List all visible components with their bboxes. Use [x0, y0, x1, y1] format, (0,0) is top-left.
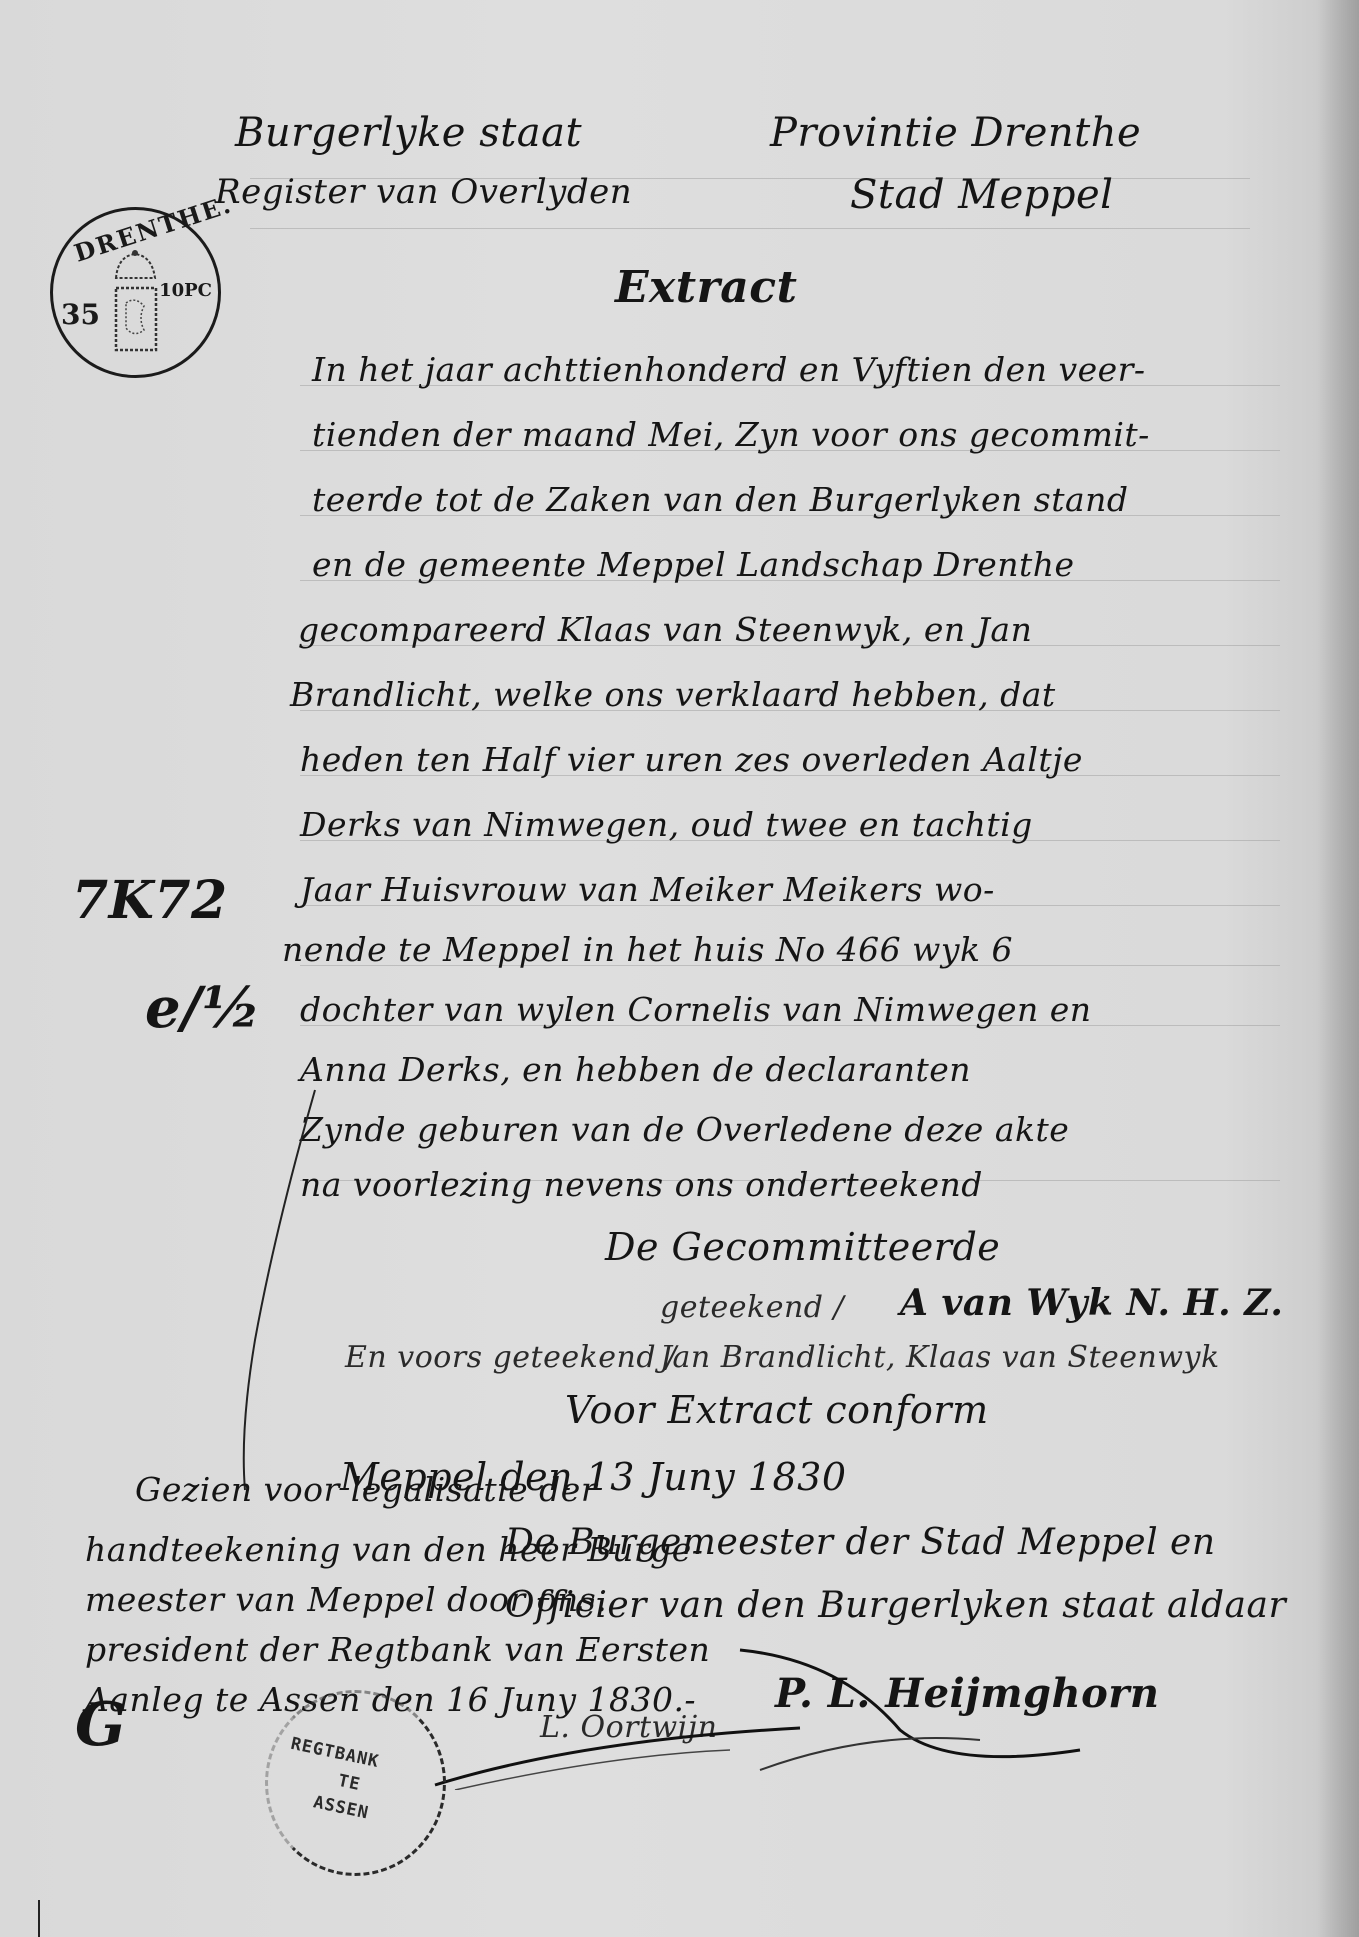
legalisation-line: handteekening van den heer Burge-	[85, 1530, 703, 1569]
revenue-stamp-drenthe: DRENTHE. 35 10PC	[50, 207, 221, 378]
header-provintie-drenthe: Provintie Drenthe	[770, 110, 1141, 156]
body-line: gecompareerd Klaas van Steenwyk, en Jan	[298, 610, 1032, 649]
legalisation-line: meester van Meppel door ons.	[85, 1580, 607, 1619]
document-title-extract: Extract	[615, 262, 797, 313]
signature-underline-icon	[430, 1720, 810, 1790]
document-page: Burgerlyke staat Register van Overlyden …	[0, 0, 1359, 1937]
rule-line	[250, 228, 1250, 229]
court-stamp-line3: ASSEN	[312, 1792, 371, 1823]
body-line: nende te Meppel in het huis No 466 wyk 6	[282, 930, 1013, 969]
body-line: teerde tot de Zaken van den Burgerlyken …	[312, 480, 1129, 519]
body-line: na voorlezing nevens ons onderteekend	[300, 1165, 983, 1204]
body-line: Derks van Nimwegen, oud twee en tachtig	[300, 805, 1033, 844]
mayor-title-line2: Officier van den Burgerlyken staat aldaa…	[505, 1585, 1286, 1626]
stamp-value: 10PC	[159, 280, 212, 301]
crown-crest-icon	[108, 248, 163, 358]
body-line: Anna Derks, en hebben de declaranten	[300, 1050, 971, 1089]
signed-prefix-1: geteekend /	[660, 1290, 844, 1325]
header-register-overlyden: Register van Overlyden	[215, 172, 632, 212]
body-line: tienden der maand Mei, Zyn voor ons geco…	[312, 415, 1150, 454]
header-stad-meppel: Stad Meppel	[850, 172, 1113, 218]
stamp-number: 35	[61, 298, 100, 331]
body-line: en de gemeente Meppel Landschap Drenthe	[312, 545, 1075, 584]
body-line: In het jaar achttienhonderd en Vyftien d…	[312, 350, 1146, 389]
bracket-flourish-icon	[215, 1080, 335, 1500]
declarant-signatures: Jan Brandlicht, Klaas van Steenwyk	[660, 1340, 1220, 1375]
margin-note-fee: e/½	[145, 975, 261, 1041]
legalisation-line: president der Regtbank van Eersten	[85, 1630, 710, 1669]
body-line: heden ten Half vier uren zes overleden A…	[300, 740, 1083, 779]
committee-label: De Gecommitteerde	[605, 1225, 1000, 1269]
court-stamp-line2: TE	[336, 1771, 362, 1795]
margin-note-number: 7K72	[72, 870, 228, 931]
body-line: Jaar Huisvrouw van Meiker Meikers wo-	[300, 870, 995, 909]
court-stamp-assen: REGTBANK TE ASSEN	[265, 1690, 446, 1876]
signed-prefix-2: En voors geteekend /	[345, 1340, 677, 1375]
body-line: dochter van wylen Cornelis van Nimwegen …	[300, 990, 1092, 1029]
court-stamp-line1: REGTBANK	[289, 1734, 381, 1772]
edge-mark	[38, 1900, 40, 1937]
extract-conform: Voor Extract conform	[565, 1388, 989, 1432]
body-line: Brandlicht, welke ons verklaard hebben, …	[290, 675, 1056, 714]
page-edge-shadow	[1317, 0, 1359, 1937]
header-burgerlyke-staat: Burgerlyke staat	[235, 110, 582, 156]
legalisation-line: Gezien voor legalisatie der	[135, 1470, 597, 1509]
body-line: Zynde geburen van de Overledene deze akt…	[300, 1110, 1069, 1149]
committee-signature: A van Wyk N. H. Z.	[900, 1282, 1283, 1324]
